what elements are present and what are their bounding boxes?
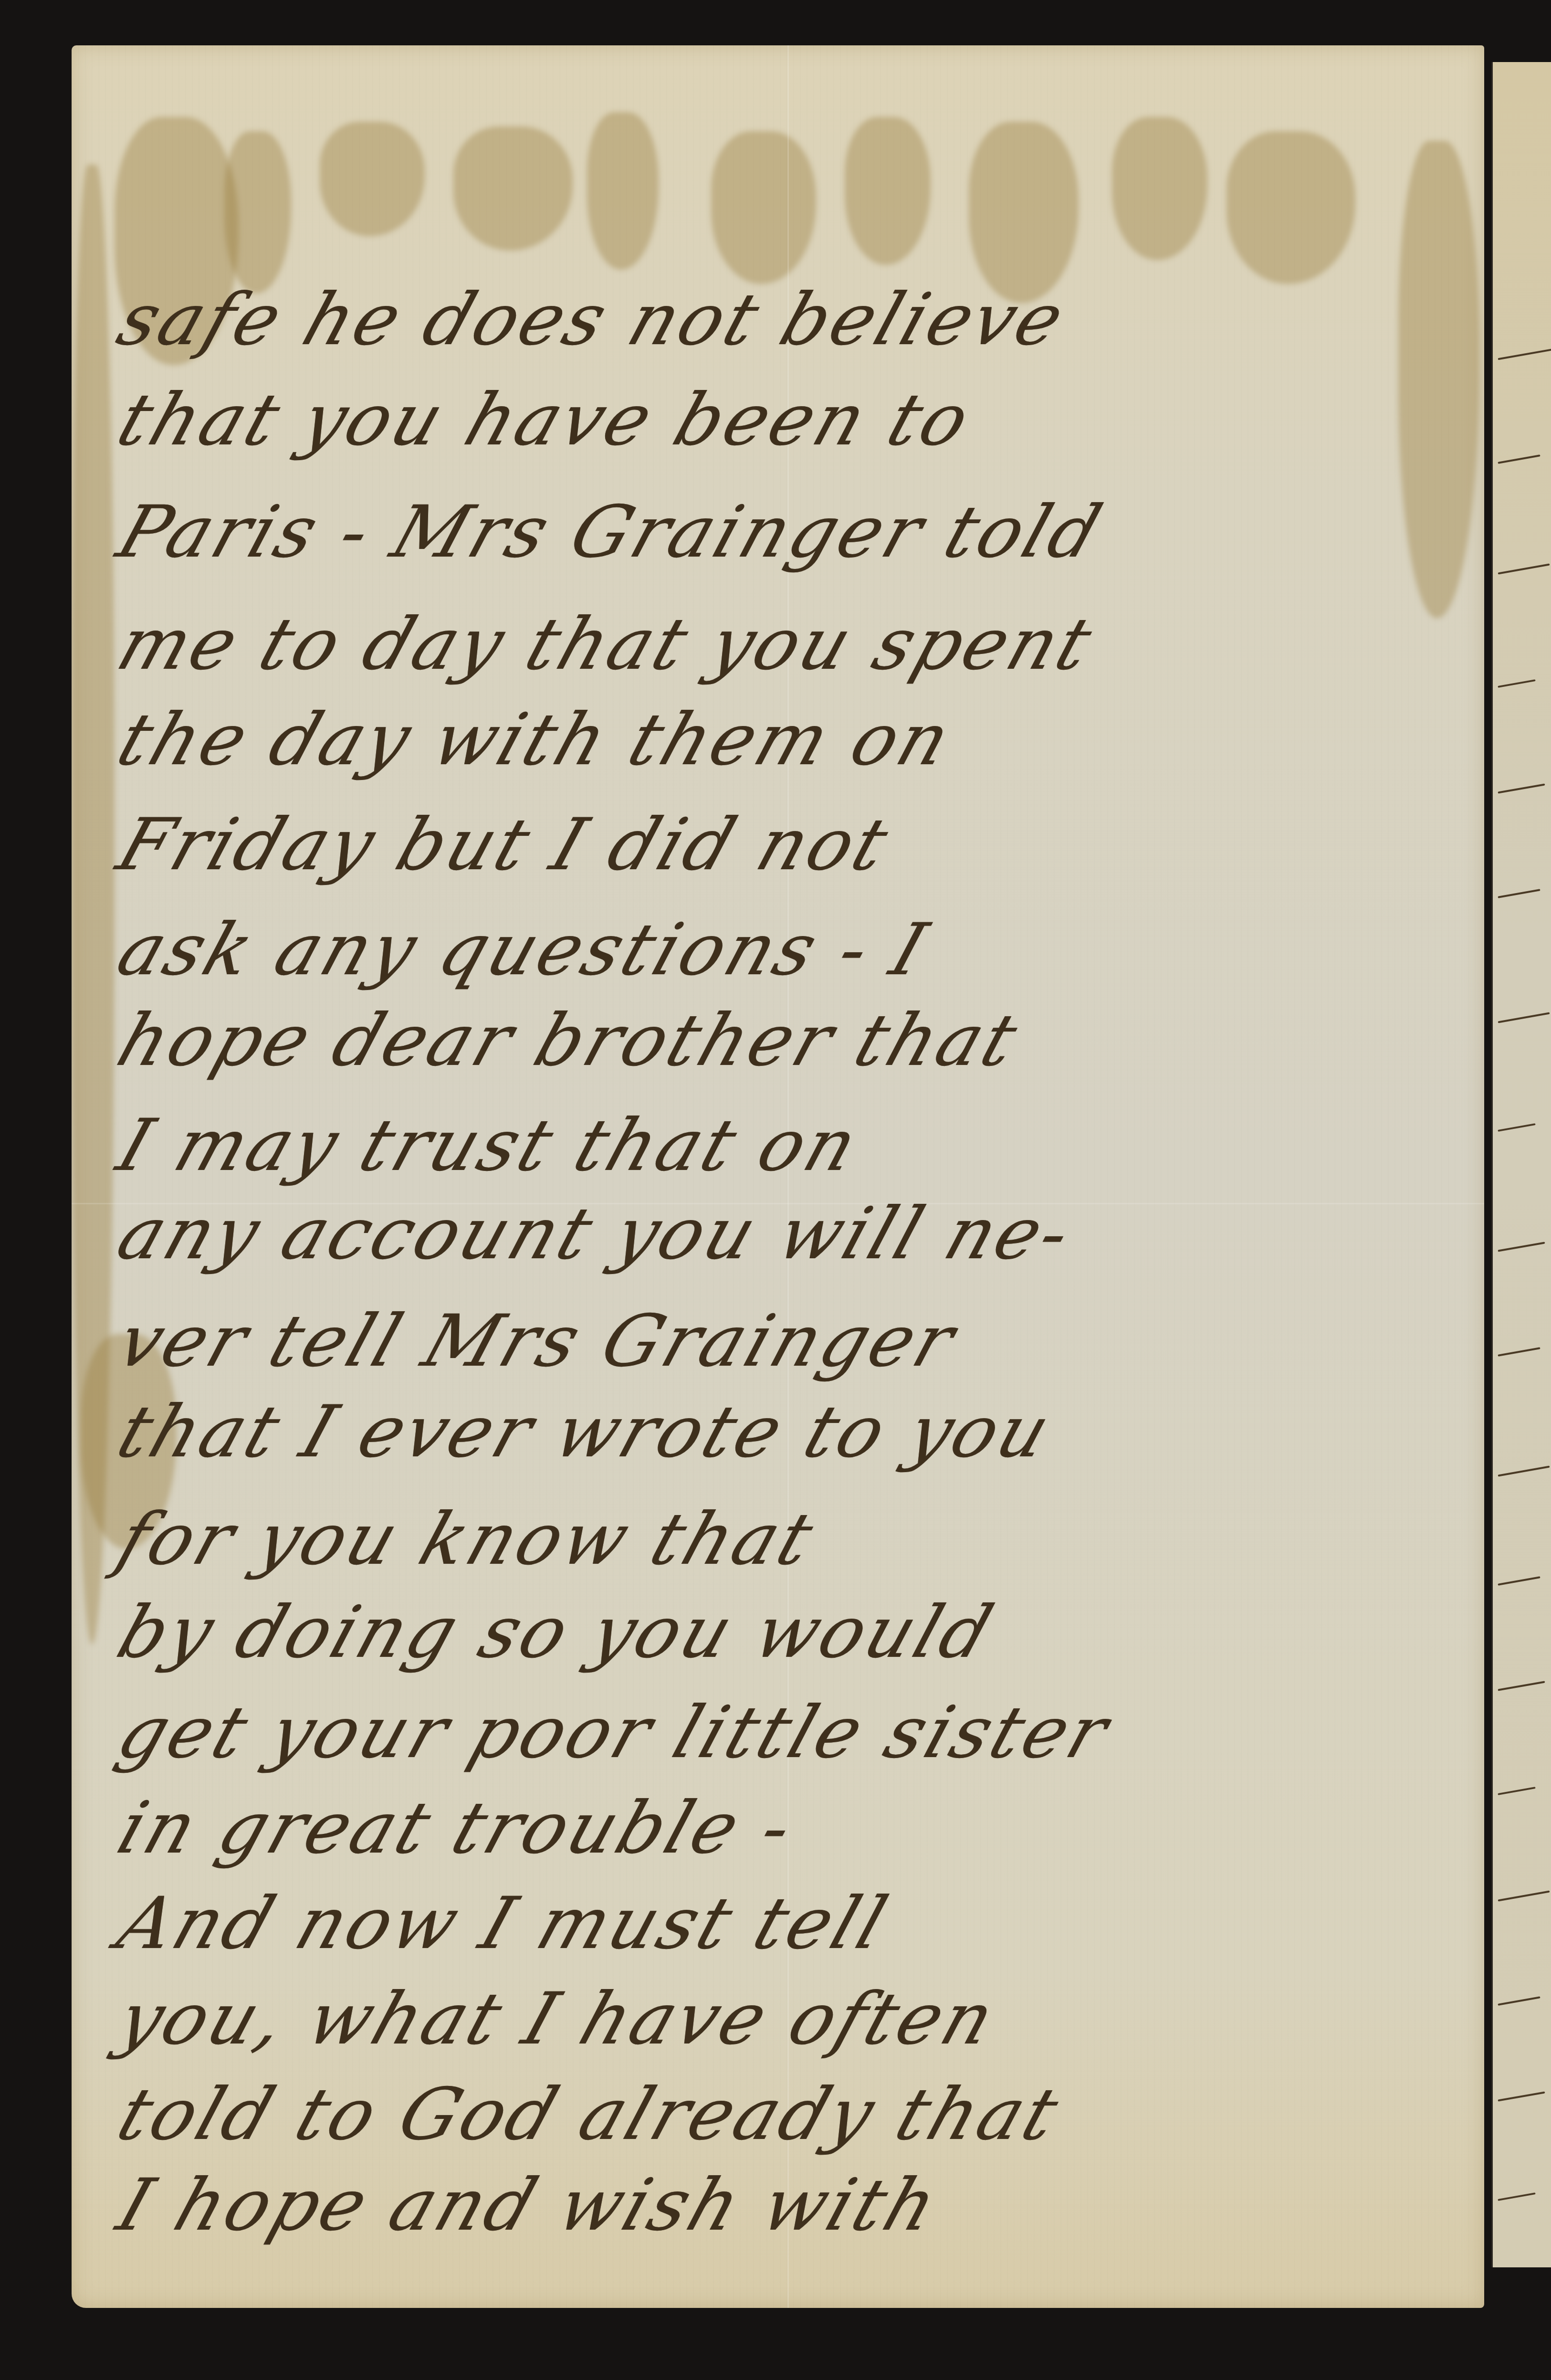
ink-stroke	[1498, 1465, 1550, 1476]
ink-stroke	[1498, 563, 1550, 574]
letter-line: any account you will ne-	[110, 1198, 1479, 1270]
ink-stroke	[1498, 1242, 1545, 1252]
ink-stroke	[1498, 2192, 1535, 2201]
water-stain	[320, 122, 425, 236]
letter-line: in great trouble -	[110, 1792, 1479, 1864]
ink-stroke	[1498, 2091, 1545, 2101]
ink-stroke	[1498, 679, 1535, 688]
ink-stroke	[1498, 1890, 1550, 1901]
letter-line: I hope and wish with	[110, 2169, 1479, 2241]
water-stain	[1226, 131, 1355, 284]
water-stain	[224, 131, 291, 294]
letter-line: the day with them on	[110, 704, 1479, 776]
water-stain	[453, 126, 573, 251]
water-stain	[1112, 117, 1207, 260]
water-stain	[587, 112, 659, 270]
letter-line: Friday but I did not	[110, 809, 1479, 881]
letter-line: that you have been to	[110, 384, 1479, 456]
ink-stroke	[1498, 454, 1540, 464]
ink-stroke	[1498, 1576, 1540, 1586]
ink-stroke	[1498, 1012, 1550, 1023]
adjacent-page-edge	[1491, 62, 1551, 2267]
letter-line: I may trust that on	[110, 1110, 1479, 1181]
letter-line: safe he does not believe	[110, 284, 1479, 356]
letter-line: by doing so you would	[110, 1597, 1479, 1668]
letter-line: ask any questions - I	[110, 914, 1479, 986]
letter-line: that I ever wrote to you	[110, 1396, 1479, 1468]
ink-stroke	[1498, 1787, 1535, 1795]
letter-line: ver tell Mrs Grainger	[110, 1306, 1479, 1377]
letter-line: And now I must tell	[110, 1888, 1479, 1959]
letter-line: told to God already that	[110, 2079, 1479, 2150]
letter-line: get your poor little sister	[110, 1697, 1479, 1769]
ink-stroke	[1498, 1123, 1535, 1132]
ink-stroke	[1498, 1681, 1545, 1691]
letter-line: for you know that	[110, 1504, 1479, 1575]
letter-page: safe he does not believe that you have b…	[72, 45, 1484, 2308]
ink-stroke	[1498, 783, 1545, 793]
letter-line: me to day that you spent	[110, 609, 1479, 680]
letter-line: Paris - Mrs Grainger told	[110, 496, 1479, 568]
ink-stroke	[1498, 889, 1540, 898]
ink-stroke	[1498, 1996, 1540, 2006]
water-stain	[845, 117, 931, 265]
letter-line: hope dear brother that	[110, 1005, 1479, 1076]
water-stain	[969, 122, 1079, 303]
ink-stroke	[1498, 348, 1551, 360]
water-stain	[711, 131, 816, 284]
ink-stroke	[1498, 1347, 1540, 1357]
letter-line: you, what I have often	[110, 1983, 1479, 2055]
